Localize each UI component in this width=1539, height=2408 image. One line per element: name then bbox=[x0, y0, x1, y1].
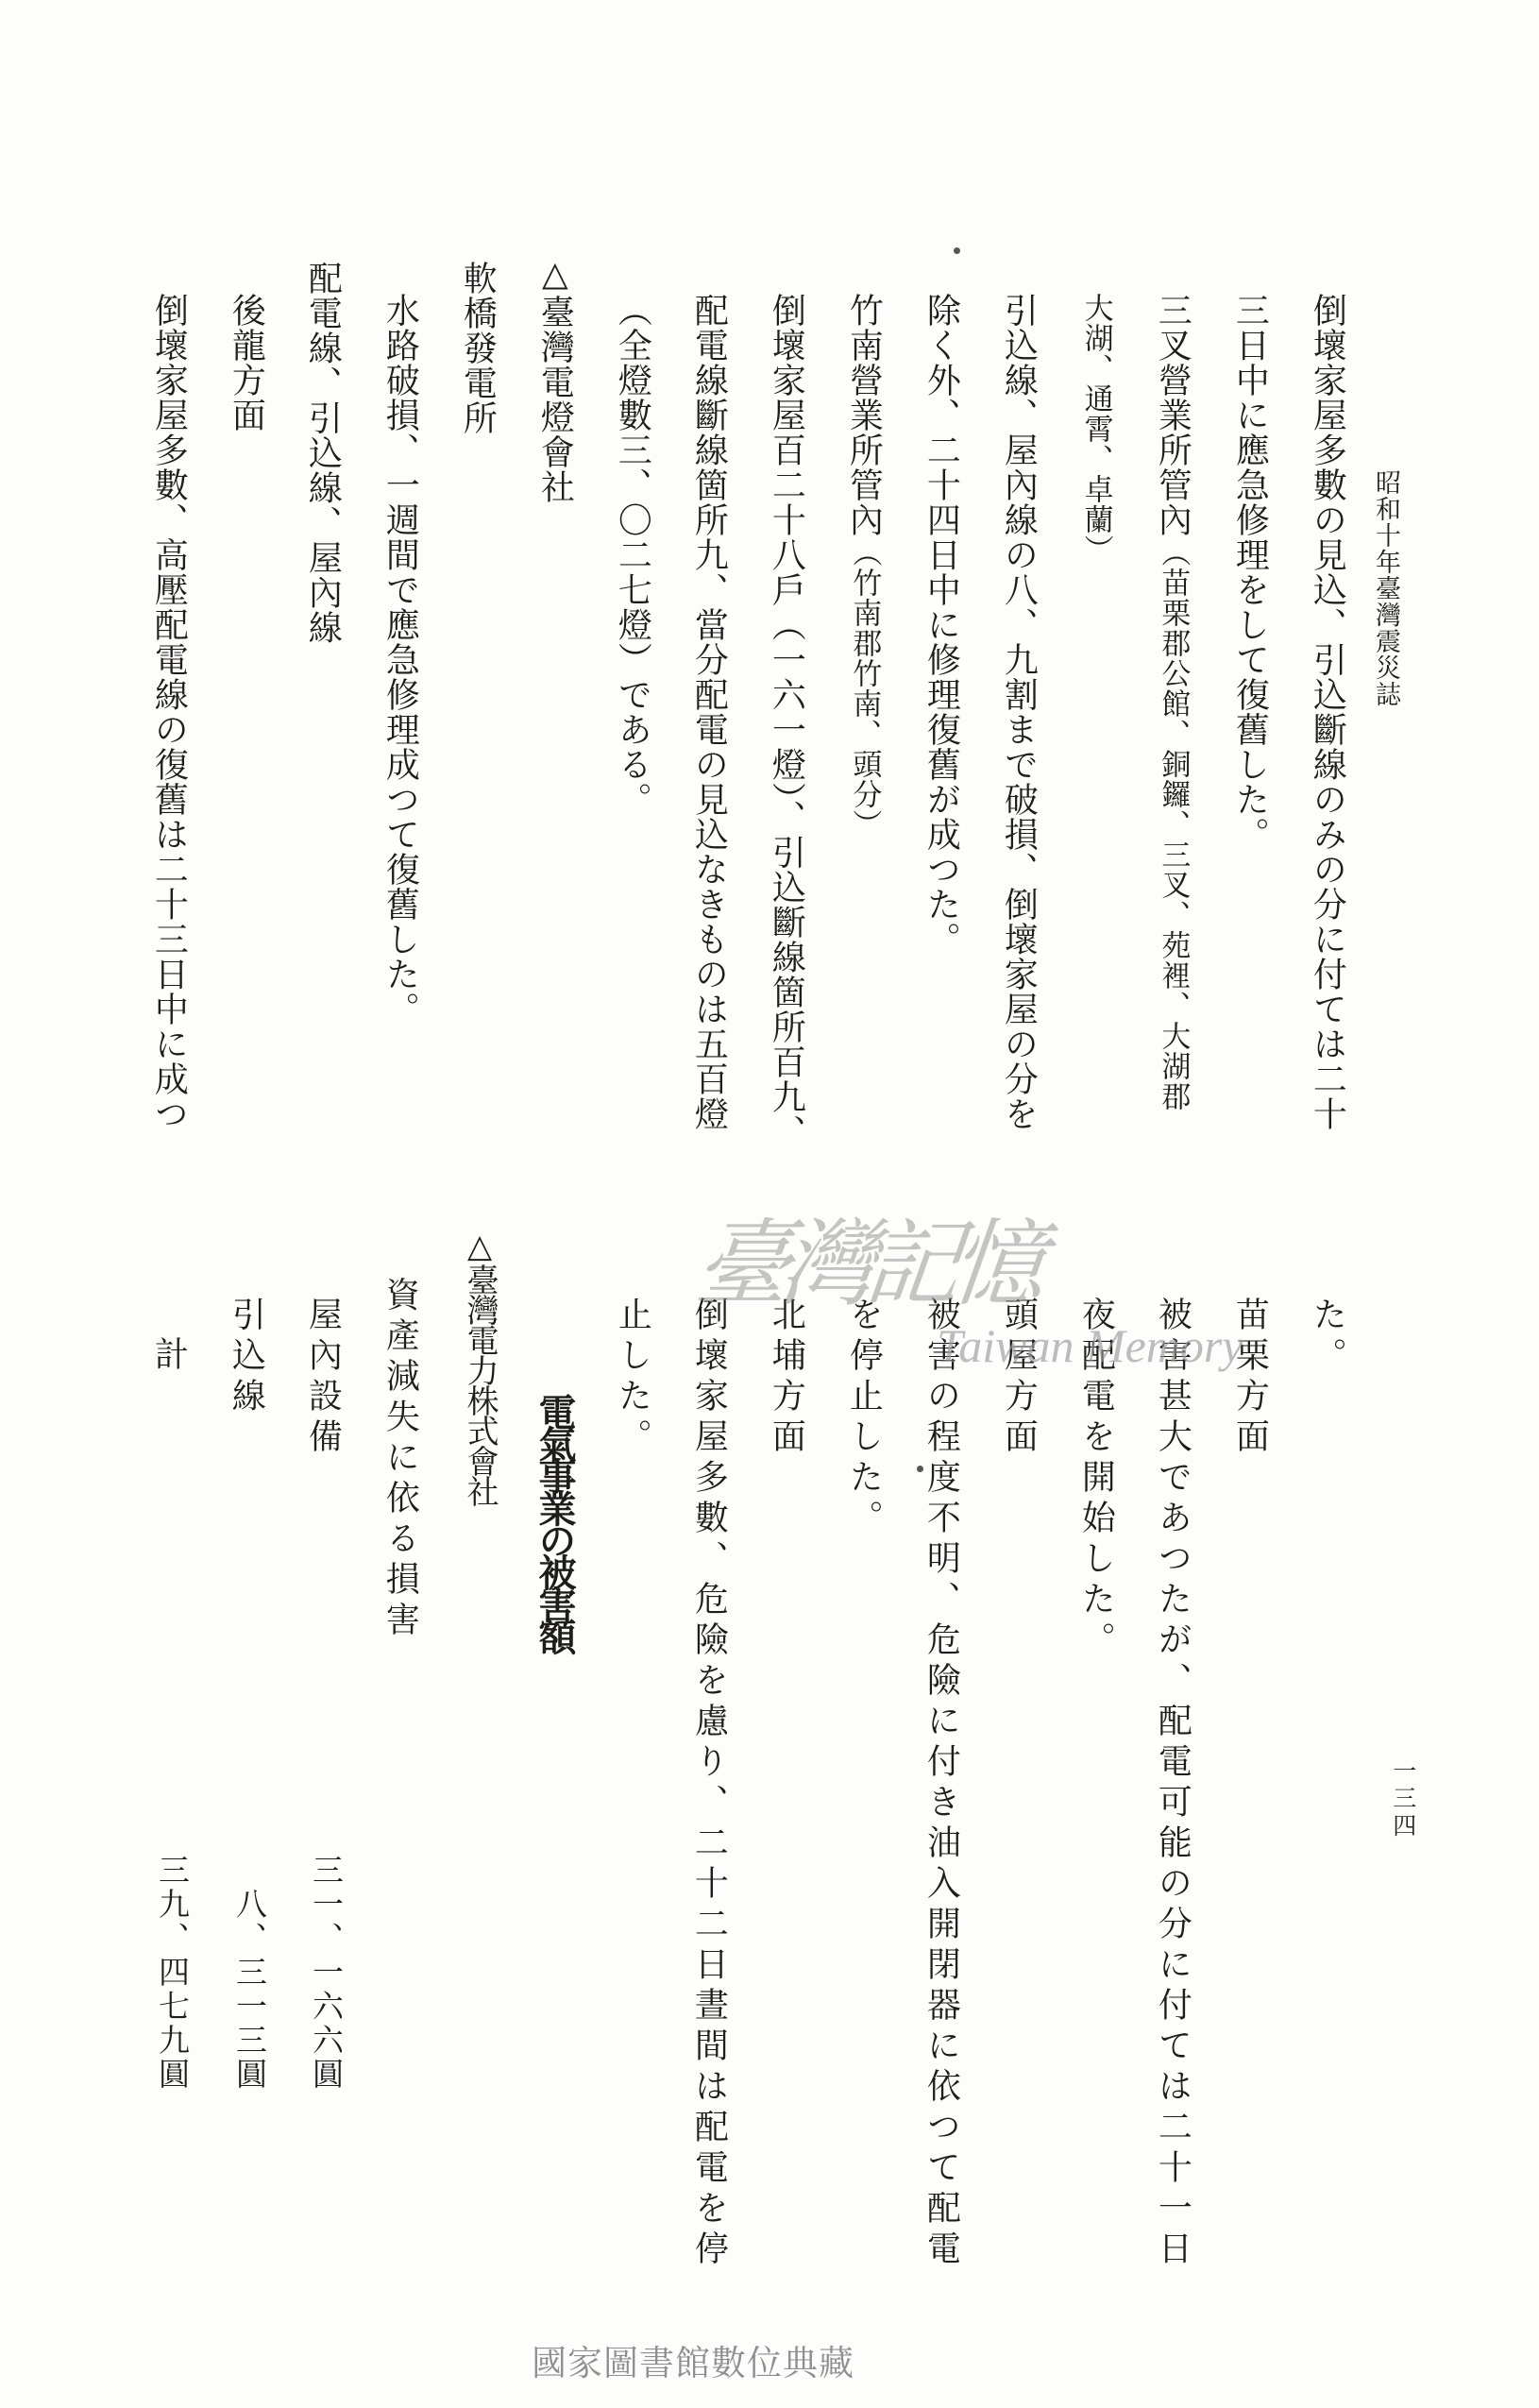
subsection-heading-asset-loss: 資產減失に依る損害 bbox=[381, 1277, 419, 1642]
paragraph-line: 倒壞家屋多數、高壓配電線の復舊は二十三日中に成つ bbox=[149, 293, 188, 1131]
office-heading-sancha: 三叉營業所管內（苗栗郡公館、銅鑼、三叉、苑裡、大湖郡 bbox=[1153, 293, 1192, 1111]
loss-row-label-service-line: 引込線 bbox=[227, 1297, 265, 1418]
paragraph-line: 三日中に應急修理をして復舊した。 bbox=[1230, 293, 1269, 852]
jurisdiction-note: （竹南郡竹南、頭分） bbox=[848, 537, 881, 839]
loss-row-label-total: 計 bbox=[149, 1336, 188, 1377]
paragraph-line: 被害の程度不明、危險に付き油入開閉器に依つて配電 bbox=[922, 1297, 960, 2271]
scanned-book-page: 昭和十年臺灣震災誌 一三四 倒壞家屋多數の見込、引込斷線のみの分に付ては二十 三… bbox=[0, 0, 1539, 2408]
office-name: 竹南營業所管內 bbox=[845, 293, 883, 537]
subsection-heading-nankyo-plant: 軟橋發電所 bbox=[458, 261, 497, 435]
paragraph-line: 被害甚大であつたが、配電可能の分に付ては二十一日 bbox=[1153, 1297, 1192, 2271]
taiwan-memory-watermark-cjk: 臺灣記憶 bbox=[689, 1188, 1043, 1324]
paragraph-line: 配電線斷線箇所九、當分配電の見込なきものは五百燈 bbox=[689, 293, 728, 1131]
paragraph-line: 倒壞家屋多數の見込、引込斷線のみの分に付ては二十 bbox=[1308, 293, 1346, 1131]
jurisdiction-note: （苗栗郡公館、銅鑼、三叉、苑裡、大湖郡 bbox=[1157, 537, 1190, 1111]
paragraph-line: 水路破損、一週間で應急修理成つて復舊した。 bbox=[381, 293, 419, 1026]
office-heading-chikunan: 竹南營業所管內（竹南郡竹南、頭分） bbox=[844, 293, 883, 839]
area-heading-koryu: 後龍方面 bbox=[227, 293, 265, 432]
loss-row-label-indoor-equipment: 屋內設備 bbox=[303, 1297, 342, 1459]
library-stamp: 國家圖書館數位典藏 bbox=[532, 2334, 854, 2385]
jurisdiction-note-cont: 大湖、通霄、卓蘭） bbox=[1079, 293, 1113, 565]
chapter-heading-damage-amount: 電氣事業の被害額 bbox=[533, 1393, 576, 1650]
section-heading-taiwan-denryoku: △臺灣電力株式會社 bbox=[461, 1228, 498, 1505]
paragraph-line: （全燈數三、〇二七燈）である。 bbox=[613, 293, 651, 817]
running-title: 昭和十年臺灣震災誌 bbox=[1371, 469, 1400, 707]
loss-amount-service-line: 八、三一三圓 bbox=[229, 1888, 265, 2092]
paragraph-line: 倒壞家屋多數、危險を慮り、二十二日晝間は配電を停 bbox=[689, 1297, 728, 2271]
section-heading-taiwan-dento: △臺灣電燈會社 bbox=[535, 255, 574, 504]
paragraph-line-cont: 止した。 bbox=[613, 1297, 651, 1459]
loss-amount-total: 三九、四七九圓 bbox=[152, 1854, 188, 2092]
paragraph-line: 倒壞家屋百二十八戶（一六一燈）、引込斷線箇所百九、 bbox=[767, 293, 805, 1149]
office-name: 三叉營業所管內 bbox=[1154, 293, 1192, 537]
taiwan-memory-watermark-latin: Taiwan Memory bbox=[937, 1318, 1243, 1373]
loss-amount-indoor-equipment: 三一、一六六圓 bbox=[306, 1854, 342, 2092]
paragraph-line-cont: を停止した。 bbox=[844, 1297, 883, 1540]
ink-speck bbox=[917, 1466, 923, 1472]
ink-speck bbox=[954, 247, 960, 254]
paragraph-line: 除く外、二十四日中に修理復舊が成つた。 bbox=[922, 293, 960, 957]
subsection-heading-lines: 配電線、引込線、屋內線 bbox=[303, 261, 342, 645]
paragraph-line: 引込線、屋內線の八、九割まで破損、倒壞家屋の分を bbox=[999, 293, 1038, 1131]
page-number: 一三四 bbox=[1388, 1758, 1415, 1840]
paragraph-line-cont: た。 bbox=[1308, 1297, 1346, 1378]
